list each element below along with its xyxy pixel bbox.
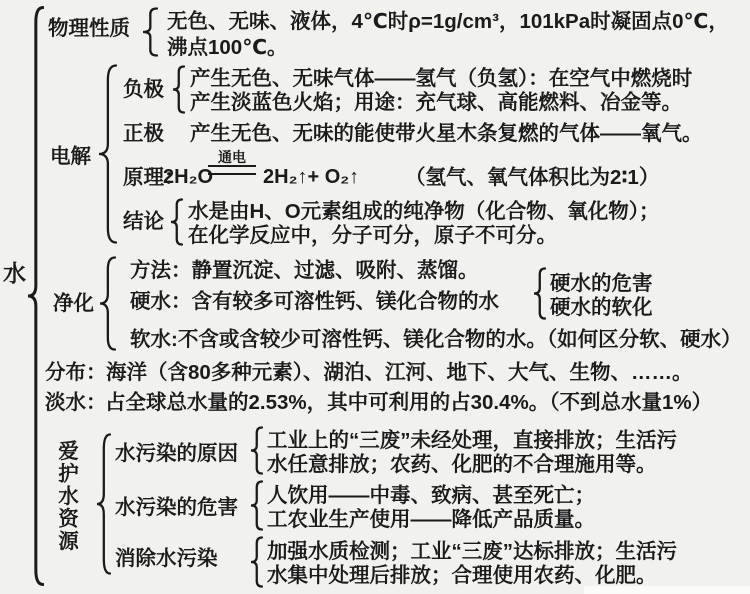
cause-line-2: 水任意排放；农药、化肥的不合理施用等。 [267,453,677,477]
equation-product: 2H₂↑+ O₂↑ [263,166,359,189]
conclusion-label: 结论 [123,211,164,234]
conclusion-line-1: 水是由H、O元素组成的纯净物（化合物、氧化物）； [188,200,660,224]
electrolysis-brace-icon [98,64,117,244]
positive-electrode-label: 正极 [123,123,164,146]
physical-brace-icon [142,7,158,57]
soft-water-text: 软水:不含或含较少可溶性钙、镁化合物的水。（如何区分软、硬水） [130,329,742,352]
pollution-cause-label: 水污染的原因 [115,443,238,466]
hard-water-text: 硬水：含有较多可溶性钙、镁化合物的水 [130,291,499,314]
branch-purification-label: 净化 [53,293,94,316]
equation-note: （氢气、氧气体积比为2∶1） [405,167,659,190]
elimination-brace-icon [250,536,263,588]
conclusion-brace-icon [170,198,183,246]
negative-line-1: 产生无色、无味气体——氢气（负氢）：在空气中燃烧时 [190,67,692,91]
conclusion-line-2: 在化学反应中，分子可分，原子不可分。 [188,224,660,248]
branch-physical-label: 物理性质 [48,18,130,41]
conclusion-content: 水是由H、O元素组成的纯净物（化合物、氧化物）； 在化学反应中，分子可分，原子不… [188,200,660,247]
equation-reactant: 2H₂O [163,166,213,189]
harm-content: 人饮用——中毒、致病、甚至死亡； 工农业生产使用——降低产品质量。 [267,484,595,531]
elimination-line-1: 加强水质检测；工业“三废”达标排放；生活污 [267,540,677,564]
freshwater-text: 占全球总水量的2.53%，其中可利用的占30.4%。（不到总水量1%） [105,392,712,415]
branch-distribution-label: 分布： [45,362,107,385]
negative-content: 产生无色、无味气体——氢气（负氢）：在空气中燃烧时 产生淡蓝色火焰；用途：充气球… [190,67,692,114]
cause-line-1: 工业上的“三废”未经处理，直接排放；生活污 [267,429,677,453]
hard-water-harm: 硬水的危害 [550,272,653,296]
distribution-text: 海洋（含80多种元素）、湖泊、江河、地下、大气、生物、……。 [106,362,693,385]
negative-electrode-label: 负极 [123,79,164,102]
physical-line-1: 无色、无味、液体，4℃时ρ=1g/cm³，101kPa时凝固点0℃， [167,9,729,35]
branch-freshwater-label: 淡水： [45,392,107,415]
purification-method: 方法：静置沉淀、过滤、吸附、蒸馏。 [130,260,479,283]
condition-text: 通电 [207,150,257,164]
pollution-elimination-label: 消除水污染 [115,548,218,571]
scan-edge [584,586,750,594]
branch-protection-label: 爱护水资源 [55,440,76,560]
elimination-content: 加强水质检测；工业“三废”达标排放；生活污 水集中处理后排放；合理使用农药、化肥… [267,540,677,587]
water-concept-map: 水 物理性质 无色、无味、液体，4℃时ρ=1g/cm³，101kPa时凝固点0℃… [0,0,750,594]
negative-line-2: 产生淡蓝色火焰；用途：充气球、高能燃料、冶金等。 [190,91,692,115]
cause-brace-icon [250,426,263,475]
physical-content: 无色、无味、液体，4℃时ρ=1g/cm³，101kPa时凝固点0℃， 沸点100… [167,9,729,61]
physical-line-2: 沸点100℃。 [167,35,729,61]
protection-brace-icon [96,433,111,575]
main-brace-icon [27,6,44,586]
equation-condition: 通电 [207,150,257,175]
harm-brace-icon [250,480,263,531]
hard-water-softening: 硬水的软化 [550,296,653,320]
cause-content: 工业上的“三废”未经处理，直接排放；生活污 水任意排放；农药、化肥的不合理施用等… [267,429,677,476]
harm-line-1: 人饮用——中毒、致病、甚至死亡； [267,484,595,508]
positive-content: 产生无色、无味的能使带火星木条复燃的气体——氧气。 [190,123,703,146]
pollution-harm-label: 水污染的危害 [115,497,238,520]
hard-water-sub-content: 硬水的危害 硬水的软化 [550,272,653,320]
double-line-icon [208,165,256,175]
purification-brace-icon [99,256,116,351]
branch-electrolysis-label: 电解 [50,146,91,169]
hard-water-brace-icon [533,267,546,320]
harm-line-2: 工农业生产使用——降低产品质量。 [267,508,595,532]
root-node-water: 水 [3,261,26,286]
elimination-line-2: 水集中处理后排放；合理使用农药、化肥。 [267,564,677,588]
negative-brace-icon [172,65,185,114]
